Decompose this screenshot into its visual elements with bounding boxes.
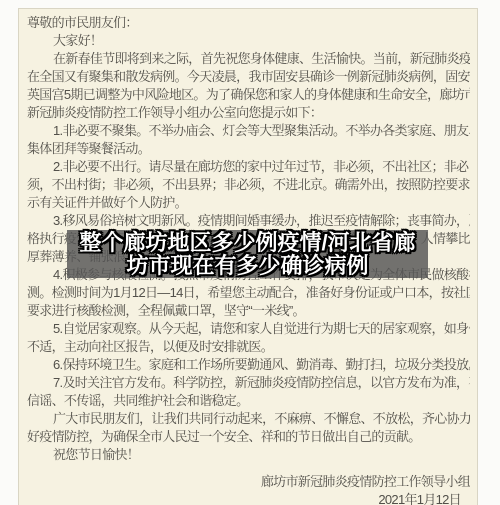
document-line: 3.移风易俗培树文明新风。疫情期间婚事缓办，推迟至疫情解除；丧事简办，严 [27, 212, 470, 230]
caption-title-line1: 整个廊坊地区多少例疫情/河北省廊 [79, 231, 415, 254]
notice-page: 尊敬的市民朋友们：大家好！在新春佳节即将到来之际，首先祝您身体健康、生活愉快。当… [0, 0, 500, 505]
document-line: 5.自觉居家观察。从今天起，请您和家人自觉进行为期七天的居家观察，如身体 [27, 320, 470, 338]
line-spacer [27, 464, 470, 473]
document-line: 须，不出村街；非必须，不出县界；非必须，不进北京。确需外出，按照防控要求出 [27, 176, 470, 194]
document-line: 7.及时关注官方发布。科学防控，新冠肺炎疫情防控信息，以官方发布为准，不 [27, 374, 470, 392]
document-line: 祝您节日愉快！ [27, 446, 470, 464]
document-line: 信谣、不传谣，共同维护社会和谐稳定。 [27, 392, 470, 410]
document-line: 广大市民朋友们，让我们共同行动起来，不麻痹、不懈怠、不放松，齐心协力做 [27, 410, 470, 428]
document-line: 大家好！ [27, 32, 470, 50]
document-line: 尊敬的市民朋友们： [27, 14, 470, 32]
document-line: 2021年1月12日 [27, 491, 470, 505]
document-line: 2.非必要不出行。请尽量在廊坊您的家中过年过节，非必须，不出社区；非必 [27, 158, 470, 176]
document-line: 在新春佳节即将到来之际，首先祝您身体健康、生活愉快。当前，新冠肺炎疫情 [27, 50, 470, 68]
document-line: 要求进行核酸检测，全程佩戴口罩，坚守“一米线”。 [27, 302, 470, 320]
caption-title-line2: 坊市现在有多少确诊病例 [126, 254, 368, 277]
document-line: 1.非必要不聚集。不举办庙会、灯会等大型聚集活动。不举办各类家庭、朋友、 [27, 122, 470, 140]
document-line: 示有关证件并做好个人防护。 [27, 194, 470, 212]
document-line: 好疫情防控，为确保全市人民过一个安全、祥和的节日做出自己的贡献。 [27, 428, 470, 446]
document-line: 新冠肺炎疫情防控工作领导小组办公室向您提示如下： [27, 104, 470, 122]
document-line: 6.保持环境卫生。家庭和工作场所要勤通风、勤消毒、勤打扫，垃圾分类投放。 [27, 356, 470, 374]
caption-overlay: 整个廊坊地区多少例疫情/河北省廊 坊市现在有多少确诊病例 [67, 230, 428, 278]
document-line: 英国宫5期已调整为中风险地区。为了确保您和家人的身体健康和生命安全，廊坊市 [27, 86, 470, 104]
document-line: 不适，主动向社区报告，以便及时安排就医。 [27, 338, 470, 356]
document-line: 廊坊市新冠肺炎疫情防控工作领导小组 [27, 473, 470, 491]
document-line: 集体团拜等聚餐活动。 [27, 140, 470, 158]
document-line: 测。检测时间为1月12日—14日，希望您主动配合，准备好身份证或户口本，按社区 [27, 284, 470, 302]
document-line: 在全国又有聚集和散发病例。今天凌晨，我市固安县确诊一例新冠肺炎病例，固安县 [27, 68, 470, 86]
